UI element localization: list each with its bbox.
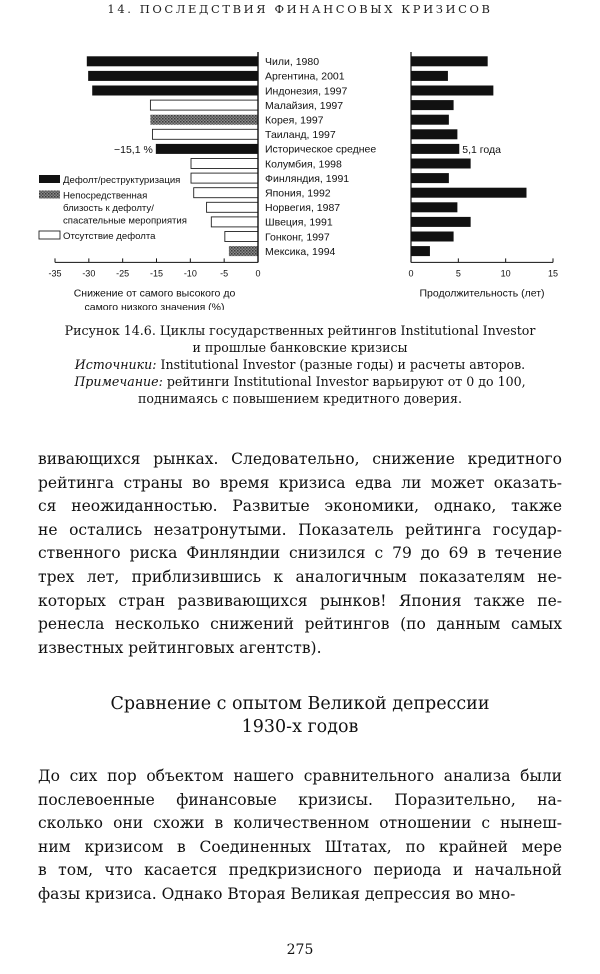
left-bar [92,86,258,96]
left-bar [229,246,258,256]
right-bar [411,129,457,139]
country-label: Чили, 1980 [265,56,319,68]
left-bar [150,115,258,125]
legend-label: Непосредственная [63,191,147,202]
right-bar [411,246,430,256]
country-label: Норвегия, 1987 [265,202,340,214]
left-axis-title: Снижение от самого высокого до [74,287,236,299]
caption-title-line2: и прошлые банковские кризисы [30,339,570,356]
page-number: 275 [0,942,600,958]
text-line: ственного риска Финляндии снизился с 79 … [38,542,562,566]
text-line: в том, что касается предкризисного перио… [38,859,562,883]
paragraph-2: До сих пор объектом нашего сравнительног… [38,765,562,907]
left-bar [156,144,258,154]
text-line: фазы кризиса. Однако Вторая Великая депр… [38,883,562,907]
left-tick-label: -35 [48,268,61,278]
right-bar [411,71,448,81]
legend-label: Отсутствие дефолта [63,231,156,242]
right-bar [411,173,449,183]
right-tick-label: 15 [548,268,558,278]
left-bar [87,56,258,66]
figure-caption: Рисунок 14.6. Циклы государственных рейт… [30,322,570,407]
right-bar [411,188,526,198]
left-bar [194,188,258,198]
left-bar [152,129,258,139]
text-line: которых стран развивающихся рынков! Япон… [38,590,562,614]
right-tick-label: 10 [501,268,511,278]
legend-swatch [39,175,60,183]
left-tick-label: -30 [82,268,95,278]
text-line: ним кризисом в Соединенных Штатах, по кр… [38,836,562,860]
text-line: рейтинга страны во время кризиса едва ли… [38,472,562,496]
sources-label: Источники: [75,357,157,372]
running-head: 14. ПОСЛЕДСТВИЯ ФИНАНСОВЫХ КРИЗИСОВ [0,2,600,16]
legend-label: близость к дефолту/ [63,203,154,214]
left-annotation: −15,1 % [114,144,153,156]
left-tick-label: -5 [220,268,228,278]
chart-legend: Дефолт/реструктуризацияНепосредственнаяб… [39,175,187,242]
text-line: не остались незатронутыми. Показатель ре… [38,519,562,543]
left-axis-title: самого низкого значения (%) [84,301,224,310]
country-label: Малайзия, 1997 [265,100,343,112]
country-label: Япония, 1992 [265,188,331,200]
text-line: трех лет, приблизившись к аналогичным по… [38,566,562,590]
right-bar [411,159,471,169]
note-text: рейтинги Institutional Investor варьирую… [163,374,526,389]
text-line: сколько они схожи в количественном отнош… [38,812,562,836]
section-heading: Сравнение с опытом Великой депрессии 193… [0,693,600,739]
left-bar [191,159,258,169]
legend-label: спасательные мероприятия [63,216,187,227]
left-bar [88,71,258,81]
right-bar [411,115,449,125]
text-line: До сих пор объектом нашего сравнительног… [38,765,562,789]
country-label: Индонезия, 1997 [265,85,347,97]
note-label: Примечание: [74,374,163,389]
left-bar [211,217,258,227]
country-label: Аргентина, 2001 [265,71,345,83]
country-label: Гонконг, 1997 [265,231,330,243]
duration-bar-chart: 5,1 года051015Продолжительность (лет) [408,52,558,299]
text-line: вивающихся рынках. Следовательно, снижен… [38,448,562,472]
left-bar [225,232,258,242]
country-label: Историческое среднее [265,144,376,156]
figure-14-6-chart: −15,1 %-35-30-25-15-10-50Снижение от сам… [0,40,600,310]
right-bar [411,100,454,110]
paragraph-1: вивающихся рынках. Следовательно, снижен… [38,448,562,660]
left-bar [191,173,258,183]
text-line: ренесла несколько снижений рейтингов (по… [38,613,562,637]
legend-label: Дефолт/реструктуризация [63,175,180,186]
caption-note-line2: поднимаясь с повышением кредитного довер… [30,390,570,407]
text-line: известных рейтинговых агентств). [38,637,562,661]
right-bar [411,56,488,66]
country-label: Таиланд, 1997 [265,129,336,141]
sources-text: Institutional Investor (разные годы) и р… [156,357,525,372]
left-bar [207,202,258,212]
caption-sources: Источники: Institutional Investor (разны… [30,356,570,373]
right-bar [411,217,471,227]
right-axis-title: Продолжительность (лет) [419,287,544,299]
country-label: Финляндия, 1991 [265,173,349,185]
text-line: послевоенные финансовые кризисы. Поразит… [38,789,562,813]
country-label: Корея, 1997 [265,115,324,127]
country-labels: Чили, 1980Аргентина, 2001Индонезия, 1997… [265,56,376,258]
section-heading-line1: Сравнение с опытом Великой депрессии [0,693,600,716]
country-label: Швеция, 1991 [265,217,333,229]
legend-swatch [39,231,60,239]
left-tick-label: -15 [150,268,163,278]
legend-swatch [39,191,60,199]
left-tick-label: -25 [116,268,129,278]
right-annotation: 5,1 года [462,144,501,156]
right-bar [411,86,493,96]
section-heading-line2: 1930-х годов [0,716,600,739]
text-line: ся неожиданностью. Развитые экономики, о… [38,495,562,519]
right-tick-label: 5 [456,268,461,278]
country-label: Мексика, 1994 [265,246,336,258]
country-label: Колумбия, 1998 [265,158,342,170]
left-bar [150,100,258,110]
right-tick-label: 0 [408,268,413,278]
right-bar [411,202,457,212]
left-tick-label: -10 [184,268,197,278]
right-bar [411,144,459,154]
caption-title-line1: Рисунок 14.6. Циклы государственных рейт… [30,322,570,339]
caption-note: Примечание: рейтинги Institutional Inves… [30,373,570,390]
right-bar [411,232,454,242]
left-tick-label: 0 [255,268,260,278]
